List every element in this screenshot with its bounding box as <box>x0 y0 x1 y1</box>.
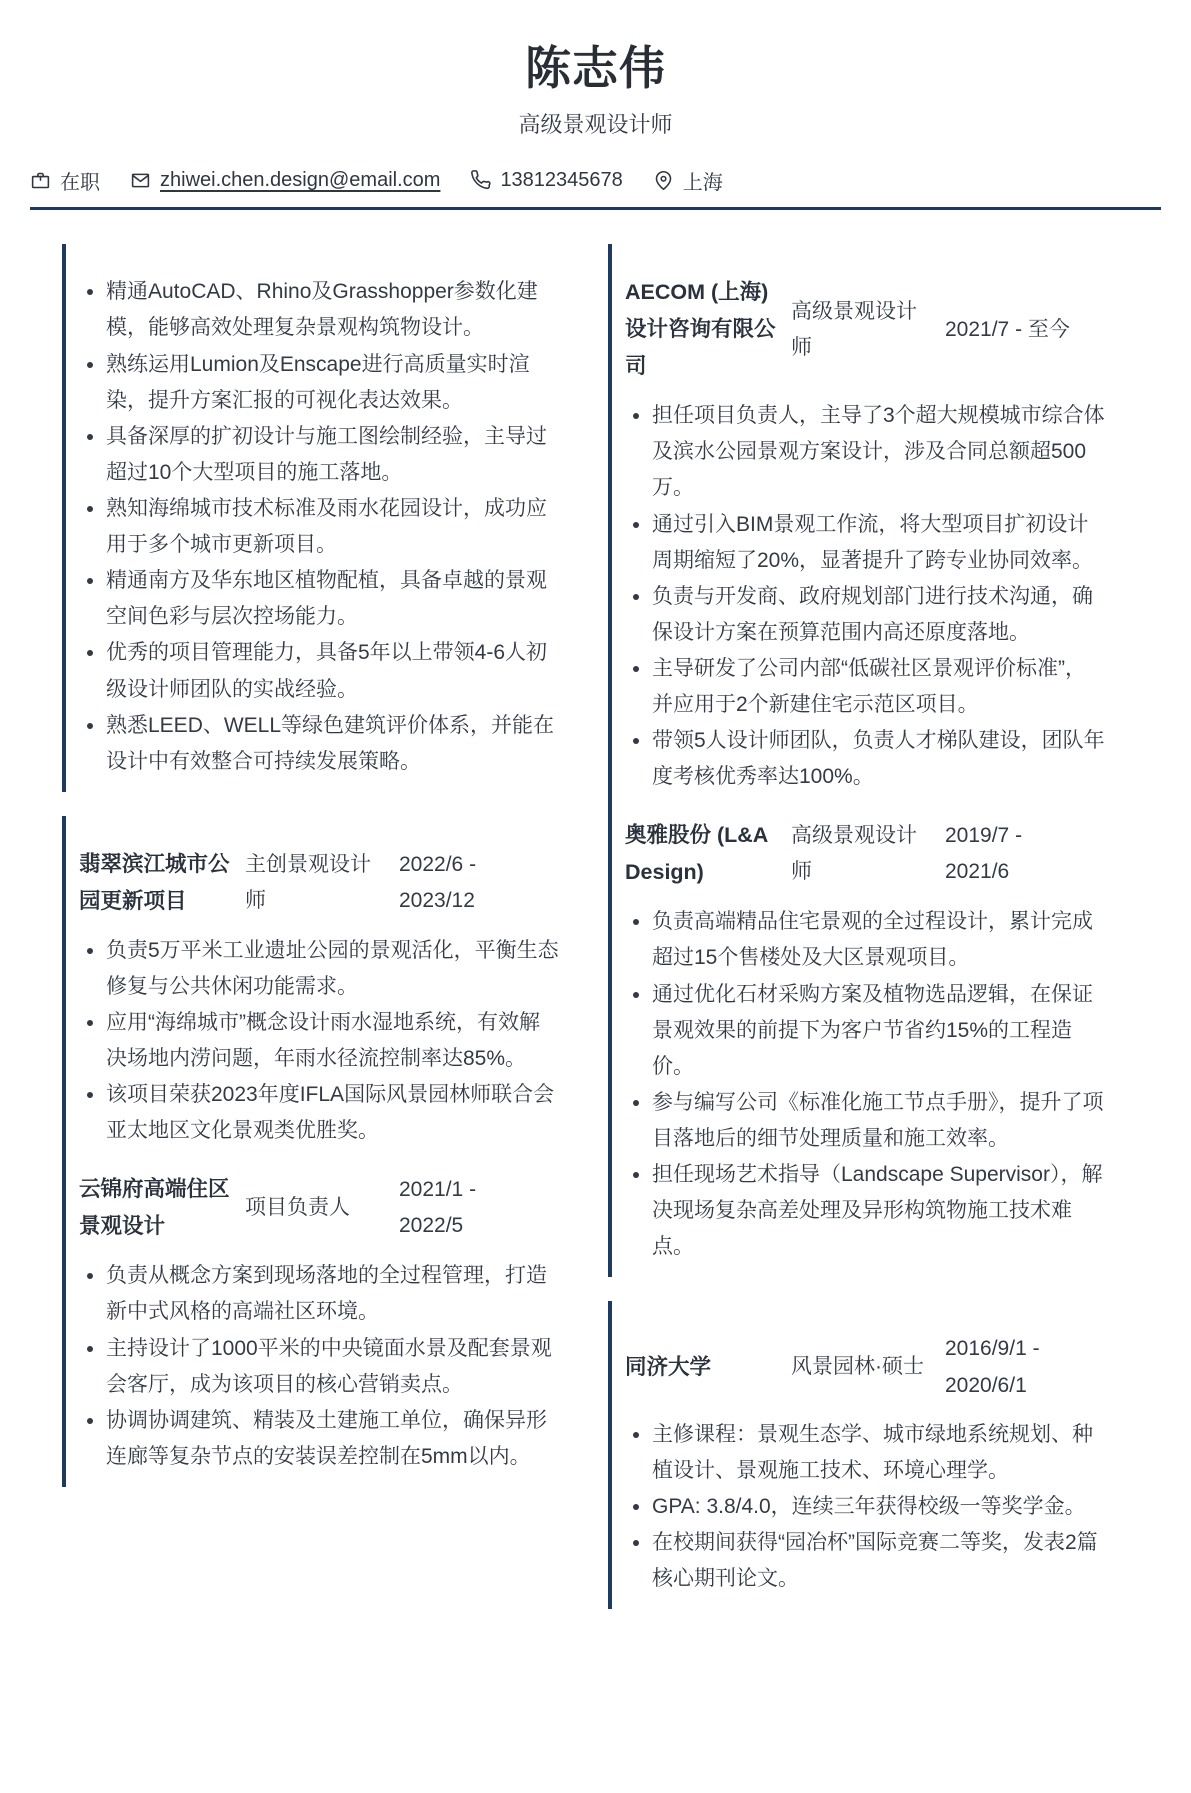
entry-role: 风景园林·硕士 <box>791 1349 931 1385</box>
entry-role: 项目负责人 <box>245 1190 385 1226</box>
contact-phone: 13812345678 <box>470 169 622 192</box>
entry-bullet-list: 担任项目负责人，主导了3个超大规模城市综合体及滨水公园景观方案设计，涉及合同总额… <box>625 398 1106 795</box>
entry-bullet-list: 主修课程：景观生态学、城市绿地系统规划、种植设计、景观施工技术、环境心理学。 G… <box>625 1417 1106 1598</box>
list-item: 在校期间获得“园冶杯”国际竞赛二等奖，发表2篇核心期刊论文。 <box>652 1525 1106 1597</box>
email-link[interactable]: zhiwei.chen.design@email.com <box>160 169 440 192</box>
list-item: 带领5人设计师团队，负责人才梯队建设，团队年度考核优秀率达100%。 <box>652 723 1106 795</box>
list-item: 负责5万平米工业遗址公园的景观活化，平衡生态修复与公共休闲功能需求。 <box>106 933 560 1005</box>
location-label: 上海 <box>683 166 723 195</box>
entry-header: AECOM (上海)设计咨询有限公司 高级景观设计师 2021/7 - 至今 <box>625 274 1106 385</box>
experience-entry: 奥雅股份 (L&A Design) 高级景观设计师 2019/7 - 2021/… <box>625 817 1106 1265</box>
project-entry: 云锦府高端住区景观设计 项目负责人 2021/1 - 2022/5 负责从概念方… <box>79 1171 560 1475</box>
project-entry: 翡翠滨江城市公园更新项目 主创景观设计师 2022/6 - 2023/12 负责… <box>79 846 560 1150</box>
list-item: 担任现场艺术指导（Landscape Supervisor），解决现场复杂高差处… <box>652 1157 1106 1265</box>
list-item: 负责高端精品住宅景观的全过程设计，累计完成超过15个售楼处及大区景观项目。 <box>652 904 1106 976</box>
entry-header: 同济大学 风景园林·硕士 2016/9/1 - 2020/6/1 <box>625 1331 1106 1403</box>
phone-number: 13812345678 <box>500 169 622 192</box>
job-title: 高级景观设计师 <box>0 108 1191 139</box>
resume-header: 陈志伟 高级景观设计师 在职 zhiwei.chen.design@email.… <box>0 0 1191 210</box>
projects-section: 翡翠滨江城市公园更新项目 主创景观设计师 2022/6 - 2023/12 负责… <box>62 816 560 1487</box>
phone-icon <box>470 170 491 191</box>
entry-dates: 2016/9/1 - 2020/6/1 <box>945 1331 1085 1403</box>
entry-header: 奥雅股份 (L&A Design) 高级景观设计师 2019/7 - 2021/… <box>625 817 1106 891</box>
education-section: 同济大学 风景园林·硕士 2016/9/1 - 2020/6/1 主修课程：景观… <box>608 1301 1106 1609</box>
entry-bullet-list: 负责5万平米工业遗址公园的景观活化，平衡生态修复与公共休闲功能需求。 应用“海绵… <box>79 933 560 1150</box>
summary-list: 精通AutoCAD、Rhino及Grasshopper参数化建模，能够高效处理复… <box>79 274 560 780</box>
employment-status-label: 在职 <box>60 166 100 195</box>
list-item: 主修课程：景观生态学、城市绿地系统规划、种植设计、景观施工技术、环境心理学。 <box>652 1417 1106 1489</box>
entry-dates: 2021/7 - 至今 <box>945 312 1085 348</box>
entry-dates: 2022/6 - 2023/12 <box>399 847 539 919</box>
entry-title: 翡翠滨江城市公园更新项目 <box>79 846 231 920</box>
education-entry: 同济大学 风景园林·硕士 2016/9/1 - 2020/6/1 主修课程：景观… <box>625 1331 1106 1597</box>
entry-role: 高级景观设计师 <box>791 294 931 366</box>
list-item: 通过引入BIM景观工作流，将大型项目扩初设计周期缩短了20%，显著提升了跨专业协… <box>652 507 1106 579</box>
list-item: 担任项目负责人，主导了3个超大规模城市综合体及滨水公园景观方案设计，涉及合同总额… <box>652 398 1106 506</box>
briefcase-icon <box>30 170 51 191</box>
list-item: 精通南方及华东地区植物配植，具备卓越的景观空间色彩与层次控场能力。 <box>106 563 560 635</box>
list-item: 应用“海绵城市”概念设计雨水湿地系统，有效解决场地内涝问题，年雨水径流控制率达8… <box>106 1005 560 1077</box>
entry-dates: 2019/7 - 2021/6 <box>945 818 1085 890</box>
location-pin-icon <box>653 170 674 191</box>
experience-section: AECOM (上海)设计咨询有限公司 高级景观设计师 2021/7 - 至今 担… <box>608 244 1106 1277</box>
list-item: 熟知海绵城市技术标准及雨水花园设计，成功应用于多个城市更新项目。 <box>106 491 560 563</box>
list-item: 该项目荣获2023年度IFLA国际风景园林师联合会亚太地区文化景观类优胜奖。 <box>106 1077 560 1149</box>
right-column: AECOM (上海)设计咨询有限公司 高级景观设计师 2021/7 - 至今 担… <box>608 244 1106 1609</box>
list-item: 参与编写公司《标准化施工节点手册》，提升了项目落地后的细节处理质量和施工效率。 <box>652 1085 1106 1157</box>
list-item: GPA: 3.8/4.0，连续三年获得校级一等奖学金。 <box>652 1489 1106 1525</box>
entry-bullet-list: 负责高端精品住宅景观的全过程设计，累计完成超过15个售楼处及大区景观项目。 通过… <box>625 904 1106 1265</box>
entry-dates: 2021/1 - 2022/5 <box>399 1172 539 1244</box>
list-item: 熟悉LEED、WELL等绿色建筑评价体系，并能在设计中有效整合可持续发展策略。 <box>106 708 560 780</box>
list-item: 主导研发了公司内部“低碳社区景观评价标准”，并应用于2个新建住宅示范区项目。 <box>652 651 1106 723</box>
mail-icon <box>130 170 151 191</box>
list-item: 具备深厚的扩初设计与施工图绘制经验，主导过超过10个大型项目的施工落地。 <box>106 419 560 491</box>
entry-title: AECOM (上海)设计咨询有限公司 <box>625 274 777 385</box>
entry-header: 翡翠滨江城市公园更新项目 主创景观设计师 2022/6 - 2023/12 <box>79 846 560 920</box>
entry-header: 云锦府高端住区景观设计 项目负责人 2021/1 - 2022/5 <box>79 1171 560 1245</box>
list-item: 精通AutoCAD、Rhino及Grasshopper参数化建模，能够高效处理复… <box>106 274 560 346</box>
entry-title: 云锦府高端住区景观设计 <box>79 1171 231 1245</box>
entry-title: 同济大学 <box>625 1349 777 1386</box>
experience-entry: AECOM (上海)设计咨询有限公司 高级景观设计师 2021/7 - 至今 担… <box>625 274 1106 795</box>
employment-status: 在职 <box>30 166 100 195</box>
entry-role: 主创景观设计师 <box>245 847 385 919</box>
contact-location: 上海 <box>653 166 723 195</box>
entry-role: 高级景观设计师 <box>791 818 931 890</box>
left-column: 精通AutoCAD、Rhino及Grasshopper参数化建模，能够高效处理复… <box>62 244 560 1487</box>
resume-document: 陈志伟 高级景观设计师 在职 zhiwei.chen.design@email.… <box>0 0 1191 1793</box>
list-item: 优秀的项目管理能力，具备5年以上带领4-6人初级设计师团队的实战经验。 <box>106 635 560 707</box>
resume-body: 精通AutoCAD、Rhino及Grasshopper参数化建模，能够高效处理复… <box>0 210 1191 1649</box>
entry-title: 奥雅股份 (L&A Design) <box>625 817 777 891</box>
list-item: 负责从概念方案到现场落地的全过程管理，打造新中式风格的高端社区环境。 <box>106 1258 560 1330</box>
summary-section: 精通AutoCAD、Rhino及Grasshopper参数化建模，能够高效处理复… <box>62 244 560 792</box>
list-item: 熟练运用Lumion及Enscape进行高质量实时渲染，提升方案汇报的可视化表达… <box>106 347 560 419</box>
list-item: 协调协调建筑、精装及土建施工单位，确保异形连廊等复杂节点的安装误差控制在5mm以… <box>106 1403 560 1475</box>
contact-row: 在职 zhiwei.chen.design@email.com 13812345… <box>30 166 1161 195</box>
contact-email: zhiwei.chen.design@email.com <box>130 169 440 192</box>
page-title: 陈志伟 <box>0 0 1191 92</box>
list-item: 主持设计了1000平米的中央镜面水景及配套景观会客厅，成为该项目的核心营销卖点。 <box>106 1331 560 1403</box>
entry-bullet-list: 负责从概念方案到现场落地的全过程管理，打造新中式风格的高端社区环境。 主持设计了… <box>79 1258 560 1475</box>
list-item: 通过优化石材采购方案及植物选品逻辑，在保证景观效果的前提下为客户节省约15%的工… <box>652 977 1106 1085</box>
list-item: 负责与开发商、政府规划部门进行技术沟通，确保设计方案在预算范围内高还原度落地。 <box>652 579 1106 651</box>
